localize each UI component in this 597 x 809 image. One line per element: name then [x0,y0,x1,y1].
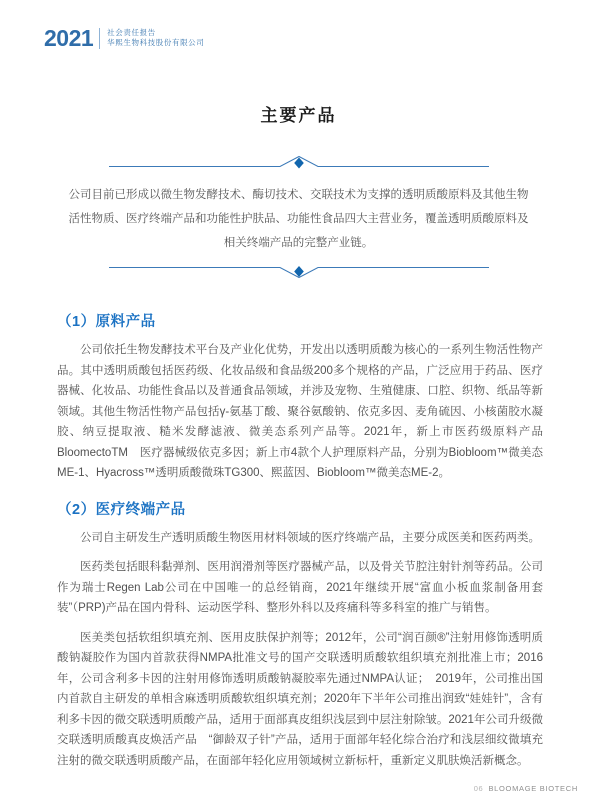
medical-aesthetics-paragraph: 医美类包括软组织填充剂、医用皮肤保护剂等；2012年，公司“润百颜®”注射用修饰… [57,628,543,772]
page-number: 06 [474,784,484,793]
company-name: 华熙生物科技股份有限公司 [107,38,204,49]
brand-name: BLOOMAGE BIOTECH [488,784,578,793]
section-heading-raw-materials: （1）原料产品 [57,310,543,331]
page-header: 2021 社会责任报告 华熙生物科技股份有限公司 [44,26,204,50]
section-raw-material-products: （1）原料产品 公司依托生物发酵技术平台及产业化优势，开发出以透明质酸为核心的一… [57,310,543,484]
section-medical-terminal-products: （2）医疗终端产品 公司自主研发生产透明质酸生物医用材料领域的医疗终端产品，主要… [57,498,543,772]
header-text-block: 社会责任报告 华熙生物科技股份有限公司 [107,28,204,49]
medical-overview-paragraph: 公司自主研发生产透明质酸生物医用材料领域的医疗终端产品，主要分成医美和医药两类。 [57,528,543,549]
pharma-category-paragraph: 医药类包括眼科黏弹剂、医用润滑剂等医疗器械产品，以及骨关节腔注射针剂等药品。公司… [57,557,543,619]
report-page: 2021 社会责任报告 华熙生物科技股份有限公司 主要产品 公司目前已形成以微生… [0,0,597,809]
page-footer: 06BLOOMAGE BIOTECH [474,784,578,793]
section-heading-medical-terminal: （2）医疗终端产品 [57,498,543,519]
header-separator [99,28,100,49]
report-title: 社会责任报告 [107,28,204,39]
intro-paragraph: 公司目前已形成以微生物发酵技术、酶切技术、交联技术为支撑的透明质酸原料及其他生物… [69,183,529,255]
main-content: （1）原料产品 公司依托生物发酵技术平台及产业化优势，开发出以透明质酸为核心的一… [0,310,597,771]
raw-materials-paragraph: 公司依托生物发酵技术平台及产业化优势，开发出以透明质酸为核心的一系列生物活性物产… [57,340,543,484]
divider-down-icon [109,263,489,280]
divider-up-icon [109,154,489,171]
report-year: 2021 [44,26,93,50]
page-title: 主要产品 [0,0,597,126]
